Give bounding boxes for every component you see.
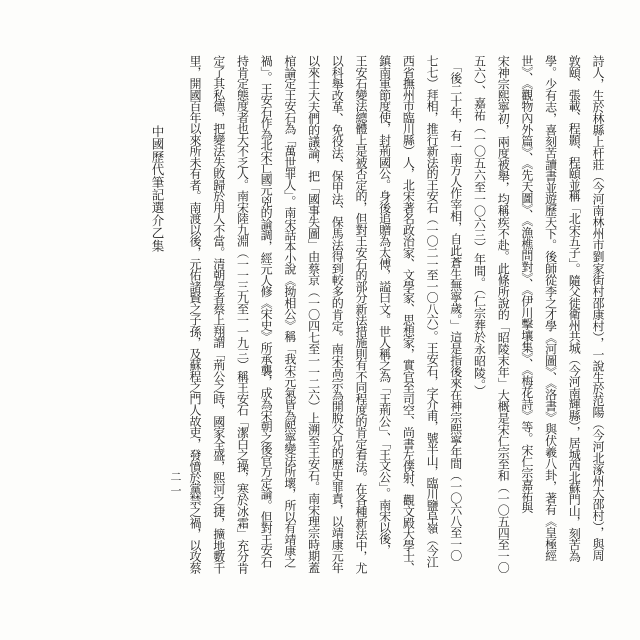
text-column: 宋神宗熙寧初，兩度被舉，均稱疾不赴。此條所說的「昭陵末年」大概是宋仁宗至和（一〇… <box>490 55 514 575</box>
text-column: 以科舉改革、免役法、保甲法、保馬法得到較多的肯定。南宋高宗為開脫父兄的歷史罪責，… <box>325 55 349 575</box>
text-column: 鎮南軍節度使，封荊國公。身後追贈為太傅，謚曰文。世人稱之為「王荊公」、「王文公」… <box>372 55 396 575</box>
body-text-block: 詩人，生於林縣上杆莊（今河南林州市劉家街村邵康村），一說生於范陽（今河北涿州大邵… <box>182 55 609 575</box>
book-page: 詩人，生於林縣上杆莊（今河南林州市劉家街村邵康村），一說生於范陽（今河北涿州大邵… <box>0 0 640 640</box>
text-column: 持肯定態度者也大不乏人。南宋陸九淵（一一三九至一一九三）稱王安石「潔白之操，寒於… <box>230 55 254 575</box>
text-column: 詩人，生於林縣上杆莊（今河南林州市劉家街村邵康村），一說生於范陽（今河北涿州大邵… <box>585 55 609 575</box>
running-title: 中國歷代筆記選介乙集 <box>148 125 166 252</box>
text-column: 西省撫州市臨川縣）人，北宋著名政治家、文學家、思想家，實官至司空、尚書左僕射、觀… <box>396 55 420 575</box>
text-column: 禍」。王安石作為北宋亡國元兇的論調，經元人修《宋史》所承襲，成為宋朝之後官方定論… <box>253 55 277 575</box>
text-column: 五六）、嘉祐（一〇五六至一〇六三）年間。（仁宗葬於永昭陵。） <box>467 55 491 575</box>
text-column: 七七）拜相，推行新法的王安石（一〇二一至一〇八六）。王安石，字介甫，號半山，臨川… <box>419 55 443 575</box>
text-column: 里，開國百年以來所未有者。南渡以後，元佑諸賢之子孫，及蘇程之門人故吏，發憤於黨禁… <box>182 55 206 575</box>
text-column: 棺論定王安石為「萬世罪人」。南宋話本小說《拗相公》稱「我宋元氣皆為熙寧變法所壞，… <box>277 55 301 575</box>
text-column: 「後二十年，有一南方人作宰相，自此蒼生無寧歲。」這是指後來在神宗熙寧年間（一〇六… <box>443 55 467 575</box>
text-column: 世》、《觀物內外篇》、《先天圖》、《漁樵問對》、《伊川擊壤集》、《梅花詩》等。宋… <box>514 55 538 575</box>
text-column: 學。少有志，喜刻苦讀書並遊歷天下。後師從李之才學《河圖》、《洛書》與伏羲八卦，著… <box>538 55 562 575</box>
text-column: 定了其私德，把變法失敗歸於用人不當。清朝學者蔡上翔謂「荊公之時，國家全盛，熙河之… <box>206 55 230 575</box>
text-column: 王安石變法總體上是被否定的，但對王安石的部分新法措施則有不同程度的肯定看法。在各… <box>348 55 372 575</box>
page-number: 二一 <box>167 471 183 499</box>
text-column: 以來士大夫們的議論，把「國事失圖」由蔡京（一〇四七至一一二六）上溯至王安石。南宋… <box>301 55 325 575</box>
text-column: 敦頤、張載、程顥、程頤並稱「北宋五子」。隨父徙衛州共城（今河南輝縣），居城西北蘇… <box>562 55 586 575</box>
